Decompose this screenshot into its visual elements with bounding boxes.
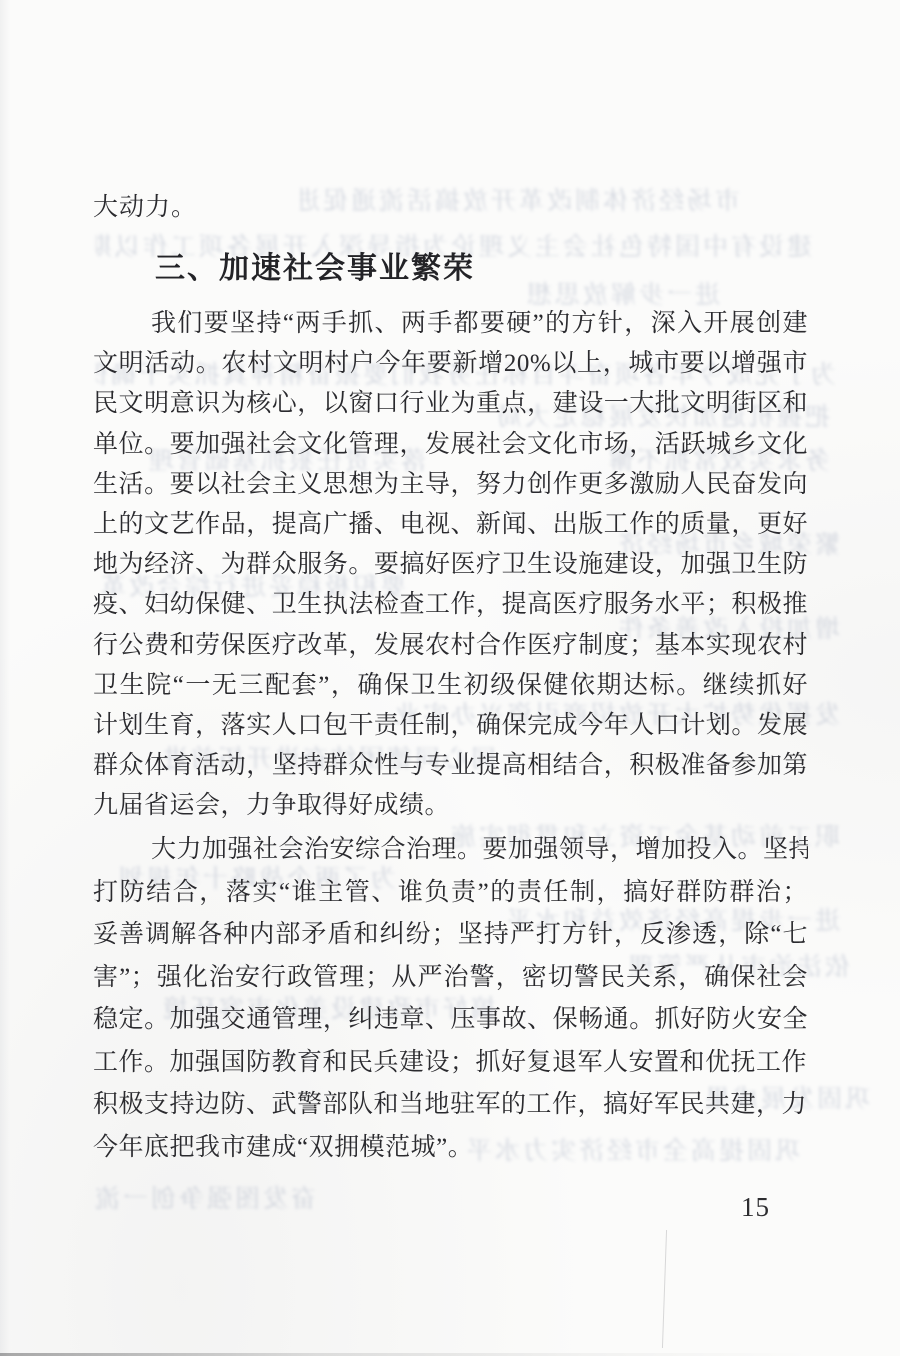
- text-line: 计划生育，落实人口包干责任制，确保完成今年人口计划。发展: [93, 708, 808, 748]
- lead-line: 大动力。: [93, 190, 808, 230]
- text-line: 今年底把我市建成“双拥模范城”。: [93, 1130, 808, 1173]
- paragraph-1: 我们要坚持“两手抓、两手都要硬”的方针，深入开展创建文明活动。农村文明村户今年要…: [93, 306, 808, 828]
- page-number: 15: [741, 1192, 770, 1223]
- text-line: 生活。要以社会主义思想为主导，努力创作更多激励人民奋发向: [93, 467, 808, 507]
- text-line: 妥善调解各种内部矛盾和纠纷；坚持严打方针，反渗透，除“七: [93, 917, 808, 960]
- text-block: 大动力。 三、加速社会事业繁荣 我们要坚持“两手抓、两手都要硬”的方针，深入开展…: [93, 190, 808, 1172]
- text-line: 我们要坚持“两手抓、两手都要硬”的方针，深入开展创建: [93, 306, 808, 346]
- text-line: 群众体育活动，坚持群众性与专业提高相结合，积极准备参加第: [93, 748, 808, 788]
- text-line: 地为经济、为群众服务。要搞好医疗卫生设施建设，加强卫生防: [93, 547, 808, 587]
- text-line: 积极支持边防、武警部队和当地驻军的工作，搞好军民共建，力争: [93, 1087, 808, 1130]
- text-line: 行公费和劳保医疗改革，发展农村合作医疗制度；基本实现农村: [93, 628, 808, 668]
- text-line: 大力加强社会治安综合治理。要加强领导，增加投入。坚持: [93, 832, 808, 875]
- text-line: 打防结合，落实“谁主管、谁负责”的责任制，搞好群防群治；: [93, 875, 808, 918]
- scan-left-shade: [0, 0, 10, 1356]
- text-line: 害”；强化治安行政管理；从严治警，密切警民关系，确保社会: [93, 960, 808, 1003]
- scan-scratch-artifact: [662, 1230, 667, 1348]
- scanned-page: 市场经济体制改革开放搞活流通促进建设有中国特色社会主义理论为指导深入开展各项工作…: [0, 0, 900, 1356]
- text-line: 工作。加强国防教育和民兵建设；抓好复退军人安置和优抚工作，: [93, 1045, 808, 1088]
- text-line: 九届省运会，力争取得好成绩。: [93, 788, 808, 828]
- text-line: 文明活动。农村文明村户今年要新增20%以上，城市要以增强市: [93, 346, 808, 386]
- text-line: 稳定。加强交通管理，纠违章、压事故、保畅通。抓好防火安全: [93, 1002, 808, 1045]
- text-line: 单位。要加强社会文化管理，发展社会文化市场，活跃城乡文化: [93, 427, 808, 467]
- text-line: 民文明意识为核心，以窗口行业为重点，建设一大批文明街区和: [93, 386, 808, 426]
- paragraph-2: 大力加强社会治安综合治理。要加强领导，增加投入。坚持打防结合，落实“谁主管、谁负…: [93, 832, 808, 1172]
- section-heading: 三、加速社会事业繁荣: [93, 248, 808, 296]
- text-line: 卫生院“一无三配套”，确保卫生初级保健依期达标。继续抓好: [93, 668, 808, 708]
- text-line: 疫、妇幼保健、卫生执法检查工作，提高医疗服务水平；积极推: [93, 587, 808, 627]
- text-line: 上的文艺作品，提高广播、电视、新闻、出版工作的质量，更好: [93, 507, 808, 547]
- bleedthrough-artifact: 奋发图强争创一流: [96, 1184, 316, 1216]
